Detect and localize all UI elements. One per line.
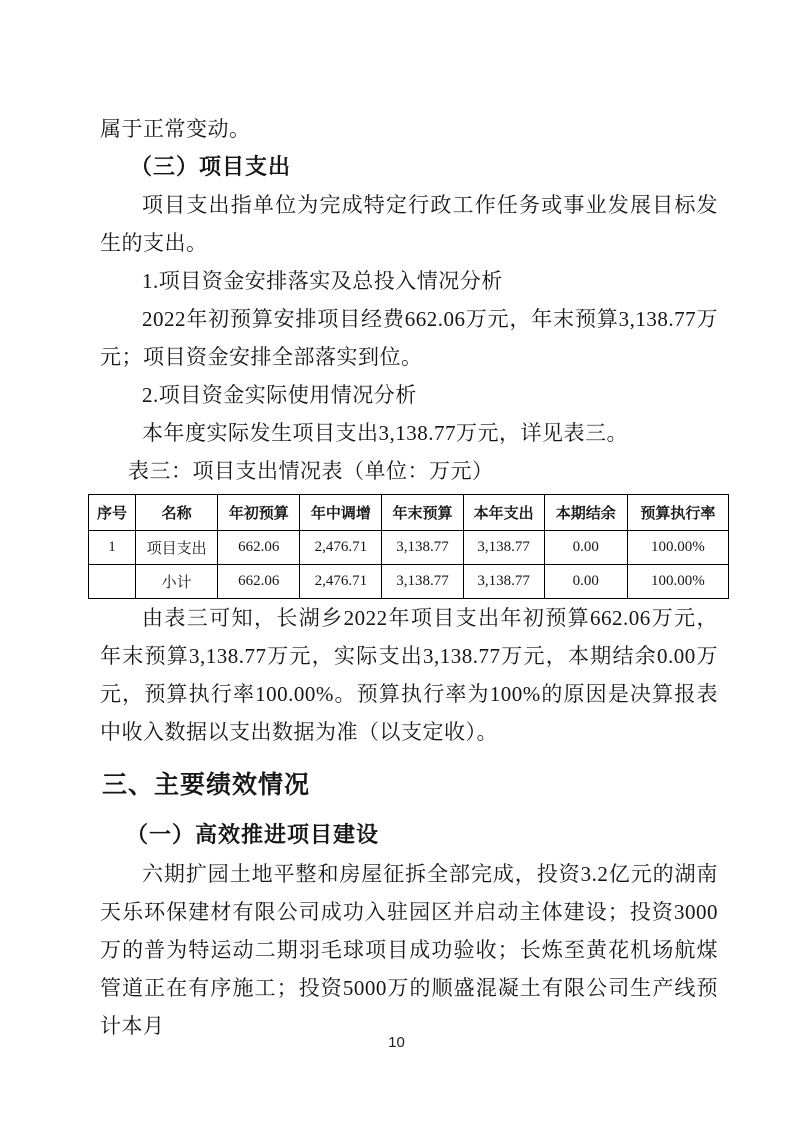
table-header-midyear-increase: 年中调增 bbox=[300, 495, 382, 531]
table-header-current-expenditure: 本年支出 bbox=[463, 495, 544, 531]
cell-current-expenditure: 3,138.77 bbox=[463, 565, 544, 599]
cell-execution-rate: 100.00% bbox=[627, 565, 728, 599]
table-header-current-balance: 本期结余 bbox=[544, 495, 627, 531]
cell-name: 小计 bbox=[136, 565, 218, 599]
table-header-name: 名称 bbox=[136, 495, 218, 531]
paragraph-intro-tail: 属于正常变动。 bbox=[100, 110, 718, 148]
cell-current-expenditure: 3,138.77 bbox=[463, 531, 544, 565]
paragraph-budget: 2022年初预算安排项目经费662.06万元，年末预算3,138.77万元；项目… bbox=[100, 300, 718, 376]
cell-yearend-budget: 3,138.77 bbox=[382, 531, 463, 565]
cell-execution-rate: 100.00% bbox=[627, 531, 728, 565]
cell-initial-budget: 662.06 bbox=[218, 531, 300, 565]
section-heading-project-construction: （一）高效推进项目建设 bbox=[100, 815, 718, 855]
paragraph-performance-details: 六期扩园土地平整和房屋征拆全部完成，投资3.2亿元的湖南天乐环保建材有限公司成功… bbox=[100, 855, 718, 1045]
cell-name: 项目支出 bbox=[136, 531, 218, 565]
section-heading-project-expenditure: （三）项目支出 bbox=[100, 148, 718, 186]
document-page: 属于正常变动。 （三）项目支出 项目支出指单位为完成特定行政工作任务或事业发展目… bbox=[0, 0, 793, 1122]
table-header-initial-budget: 年初预算 bbox=[218, 495, 300, 531]
cell-current-balance: 0.00 bbox=[544, 531, 627, 565]
paragraph-item-2: 2.项目资金实际使用情况分析 bbox=[100, 376, 718, 414]
cell-midyear-increase: 2,476.71 bbox=[300, 531, 382, 565]
table-header-seq: 序号 bbox=[89, 495, 136, 531]
paragraph-table-analysis: 由表三可知，长湖乡2022年项目支出年初预算662.06万元，年末预算3,138… bbox=[100, 599, 718, 751]
document-content: 属于正常变动。 （三）项目支出 项目支出指单位为完成特定行政工作任务或事业发展目… bbox=[100, 110, 718, 1045]
cell-yearend-budget: 3,138.77 bbox=[382, 565, 463, 599]
table-header-execution-rate: 预算执行率 bbox=[627, 495, 728, 531]
page-number: 10 bbox=[0, 1034, 793, 1051]
table-row-project-expenditure: 1 项目支出 662.06 2,476.71 3,138.77 3,138.77… bbox=[89, 531, 729, 565]
cell-seq: 1 bbox=[89, 531, 136, 565]
table-3-project-expenditure: 序号 名称 年初预算 年中调增 年末预算 本年支出 本期结余 预算执行率 1 项… bbox=[88, 494, 729, 599]
cell-seq bbox=[89, 565, 136, 599]
table-caption: 表三：项目支出情况表（单位：万元） bbox=[100, 452, 718, 490]
paragraph-actual-expenditure: 本年度实际发生项目支出3,138.77万元，详见表三。 bbox=[100, 414, 718, 452]
section-heading-main-performance: 三、主要绩效情况 bbox=[100, 763, 718, 807]
cell-current-balance: 0.00 bbox=[544, 565, 627, 599]
cell-initial-budget: 662.06 bbox=[218, 565, 300, 599]
table-header-row: 序号 名称 年初预算 年中调增 年末预算 本年支出 本期结余 预算执行率 bbox=[89, 495, 729, 531]
paragraph-definition: 项目支出指单位为完成特定行政工作任务或事业发展目标发生的支出。 bbox=[100, 186, 718, 262]
cell-midyear-increase: 2,476.71 bbox=[300, 565, 382, 599]
paragraph-item-1: 1.项目资金安排落实及总投入情况分析 bbox=[100, 262, 718, 300]
table-row-subtotal: 小计 662.06 2,476.71 3,138.77 3,138.77 0.0… bbox=[89, 565, 729, 599]
table-header-yearend-budget: 年末预算 bbox=[382, 495, 463, 531]
